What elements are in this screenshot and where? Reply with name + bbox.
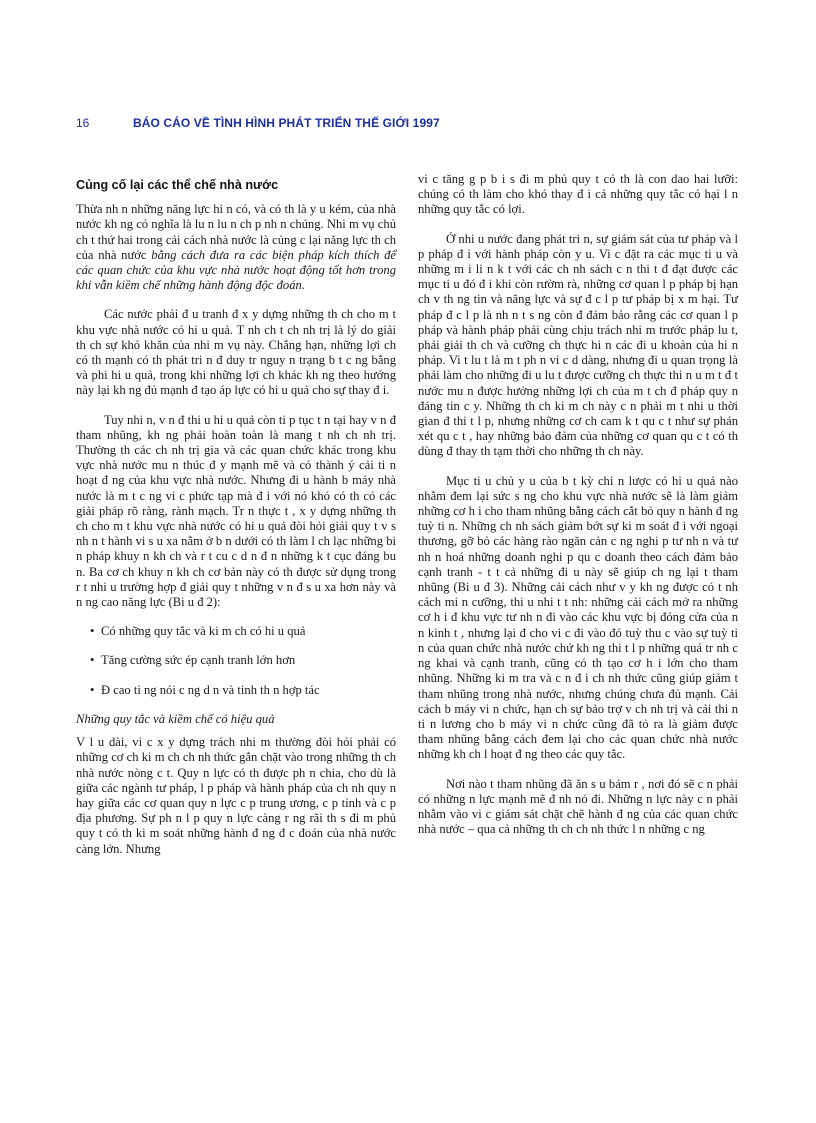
bullet-text: Tăng cường sức ép cạnh tranh lớn hơn	[101, 653, 295, 667]
paragraph: V l u dài, vi c x y dựng trách nhi m thư…	[76, 735, 396, 857]
paragraph: Ở nhi u nước đang phát tri n, sự giám sá…	[418, 232, 738, 460]
bullet-text: Có những quy tắc và ki m ch có hi u quả	[101, 624, 305, 638]
bullet-icon: •	[90, 653, 94, 668]
bullet-item: •Đ cao ti ng nói c ng d n và tinh th n h…	[90, 683, 396, 698]
bullet-text: Đ cao ti ng nói c ng d n và tinh th n hợ…	[101, 683, 320, 697]
page-header: 16 BÁO CÁO VỀ TÌNH HÌNH PHÁT TRIỂN THẾ G…	[76, 116, 756, 134]
bullet-list: •Có những quy tắc và ki m ch có hi u quả…	[76, 624, 396, 698]
paragraph-continued: vi c tăng g p b i s đi m phủ quy t có th…	[418, 172, 738, 218]
section-heading: Củng cố lại các thể chế nhà nước	[76, 178, 396, 193]
paragraph: Các nước phải đ u tranh đ x y dựng những…	[76, 307, 396, 398]
paragraph: Mục ti u chủ y u của b t kỳ chi n lược c…	[418, 474, 738, 763]
paragraph: Tuy nhi n, v n đ thi u hi u quả còn ti p…	[76, 413, 396, 611]
bullet-item: •Có những quy tắc và ki m ch có hi u quả	[90, 624, 396, 639]
left-column: Củng cố lại các thể chế nhà nước Thừa nh…	[76, 178, 396, 871]
subsection-heading: Những quy tắc và kiềm chế có hiệu quả	[76, 712, 396, 727]
right-column: vi c tăng g p b i s đi m phủ quy t có th…	[418, 172, 738, 851]
paragraph-intro: Thừa nh n những năng lực hi n có, và có …	[76, 202, 396, 293]
paragraph: Nơi nào t tham nhũng đã ăn s u bám r , n…	[418, 777, 738, 838]
bullet-icon: •	[90, 624, 94, 639]
page-number: 16	[76, 116, 89, 130]
bullet-item: •Tăng cường sức ép cạnh tranh lớn hơn	[90, 653, 396, 668]
bullet-icon: •	[90, 683, 94, 698]
running-title: BÁO CÁO VỀ TÌNH HÌNH PHÁT TRIỂN THẾ GIỚI…	[133, 116, 440, 130]
